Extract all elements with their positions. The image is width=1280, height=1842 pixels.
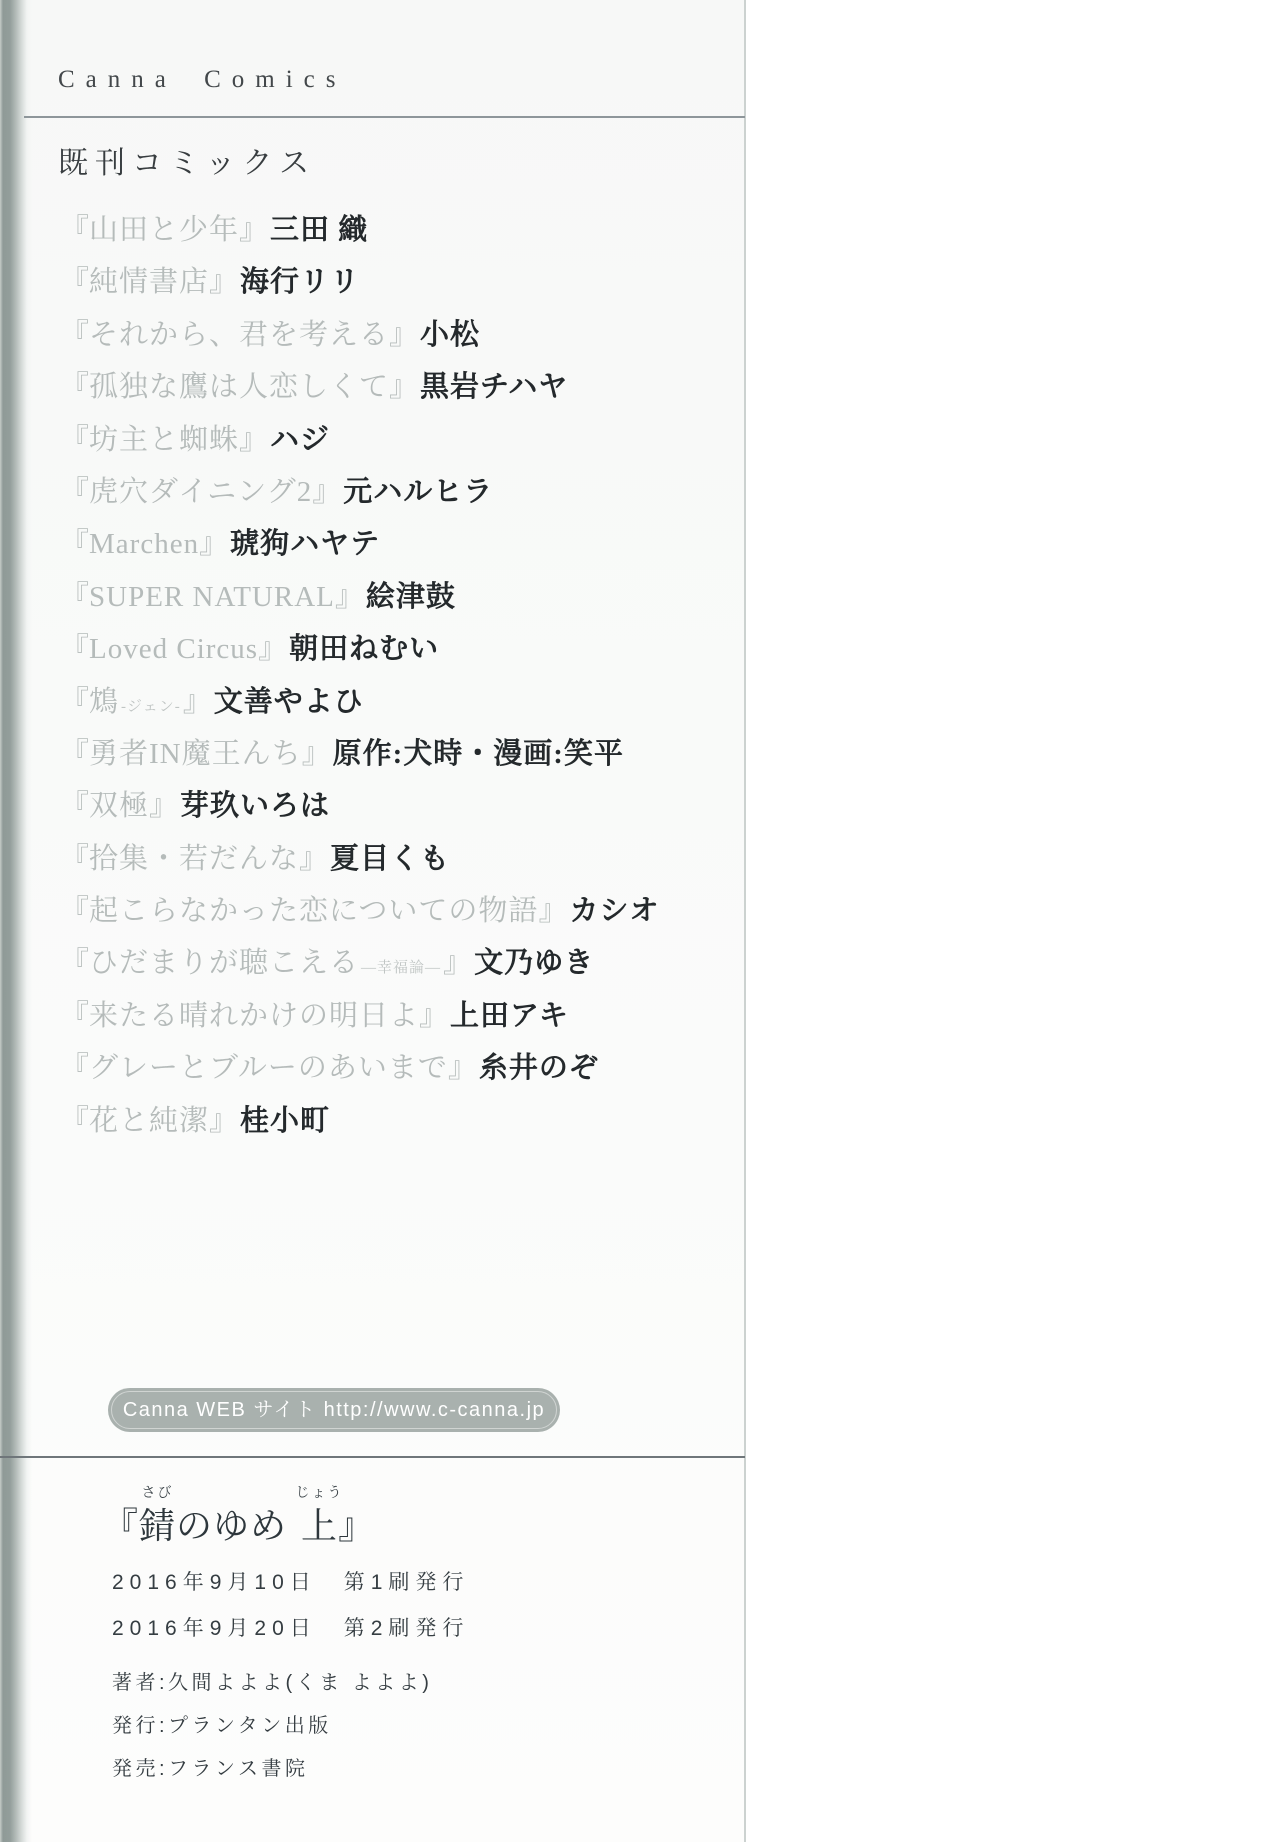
book-title: 『それから、君を考える』 — [60, 319, 418, 351]
book-list-item: 『坊主と蜘蛛』ハジ — [60, 414, 730, 466]
book-list: 『山田と少年』三田 織 『純情書店』海行リリ 『それから、君を考える』小松 『孤… — [60, 204, 730, 1147]
book-list-item: 『それから、君を考える』小松 — [60, 309, 730, 361]
book-author: 文乃ゆき — [474, 947, 594, 979]
furigana-sabi: さび — [142, 1482, 174, 1502]
title-open-bracket: 『 — [60, 476, 89, 508]
book-title-text: 双極 — [89, 790, 149, 822]
book-title-text: それから、君を考える — [89, 319, 389, 351]
book-spine-shadow — [0, 0, 32, 1842]
book-author: 黒岩チハヤ — [420, 371, 568, 403]
book-title-text: 孤独な鷹は人恋しくて — [89, 371, 389, 403]
book-title: 『来たる晴れかけの明日よ』 — [60, 1000, 448, 1032]
title-close-bracket: 』 — [209, 1105, 238, 1137]
book-list-item: 『花と純潔』桂小町 — [60, 1095, 730, 1147]
header-divider — [24, 116, 745, 118]
book-author: 原作:犬時・漫画:笑平 — [333, 738, 624, 770]
printing-line-second: 2016年9月20日 第2刷発行 — [112, 1606, 469, 1652]
book-list-item: 『Marchen』琥狗ハヤテ — [60, 518, 730, 570]
book-title: 『グレーとブルーのあいまで』 — [60, 1052, 477, 1084]
banner-label: Canna WEB サイト http://www.c-canna.jp — [123, 1399, 545, 1421]
book-title-text: 来たる晴れかけの明日よ — [89, 1000, 419, 1032]
book-list-item: 『勇者IN魔王んち』原作:犬時・漫画:笑平 — [60, 728, 730, 780]
book-title: 『SUPER NATURAL』 — [60, 581, 364, 613]
book-author: 糸井のぞ — [479, 1052, 599, 1084]
credit-publisher: 発行:プランタン出版 — [112, 1705, 432, 1748]
credit-author: 著者:久間よよよ(くま よよよ) — [112, 1662, 432, 1705]
title-open-bracket: 『 — [60, 843, 89, 875]
book-title-text: Loved Circus — [89, 633, 258, 665]
title-close-bracket: 』 — [389, 371, 418, 403]
book-list-item: 『拾集・若だんな』夏目くも — [60, 833, 730, 885]
book-author: 上田アキ — [450, 1000, 569, 1032]
book-title-text: 純情書店 — [89, 266, 209, 298]
title-open-bracket: 『 — [60, 895, 89, 927]
title-open-bracket: 『 — [60, 1105, 89, 1137]
book-list-item: 『孤独な鷹は人恋しくて』黒岩チハヤ — [60, 361, 730, 413]
book-list-item: 『グレーとブルーのあいまで』糸井のぞ — [60, 1042, 730, 1094]
book-title: 『純情書店』 — [60, 266, 238, 298]
colophon-title-kanji-sabi: 錆 — [139, 1505, 176, 1546]
book-list-item: 『Loved Circus』朝田ねむい — [60, 623, 730, 675]
title-open-bracket: 『 — [60, 686, 89, 718]
book-title-text: 虎穴ダイニング2 — [89, 476, 312, 508]
book-author: 絵津鼓 — [366, 581, 456, 613]
title-close-bracket: 』 — [199, 528, 228, 560]
title-close-bracket: 』 — [209, 266, 238, 298]
title-close-bracket: 』 — [389, 319, 418, 351]
book-author: ハジ — [270, 424, 330, 456]
colophon-close-bracket: 』 — [338, 1505, 375, 1546]
colophon-title-middle: のゆめ — [176, 1505, 287, 1546]
title-open-bracket: 『 — [60, 214, 89, 246]
title-open-bracket: 『 — [60, 1000, 89, 1032]
furigana-jou: じょう — [296, 1482, 344, 1502]
page-edge-line — [744, 0, 746, 1842]
book-title: 『Loved Circus』 — [60, 633, 287, 665]
title-close-bracket: 』 — [302, 738, 331, 770]
colophon-book-title: 『錆さびのゆめ上じょう』 — [102, 1478, 375, 1549]
book-title-text: 勇者IN魔王んち — [89, 738, 302, 770]
book-title-text: Marchen — [89, 528, 199, 560]
title-close-bracket: 』 — [443, 947, 472, 979]
book-list-item: 『山田と少年』三田 織 — [60, 204, 730, 256]
title-open-bracket: 『 — [60, 528, 89, 560]
book-title-text: 起こらなかった恋についての物語 — [89, 895, 538, 927]
book-title: 『起こらなかった恋についての物語』 — [60, 895, 567, 927]
book-title: 『鴆-ジェン-』 — [60, 686, 212, 718]
book-author: カシオ — [569, 895, 659, 927]
title-open-bracket: 『 — [60, 424, 89, 456]
printing-history: 2016年9月10日 第1刷発行 2016年9月20日 第2刷発行 — [112, 1560, 469, 1652]
book-list-item: 『鴆-ジェン-』文善やよひ — [60, 676, 730, 728]
colophon-title-kanji-jou: 上 — [301, 1505, 338, 1546]
title-close-bracket: 』 — [538, 895, 567, 927]
title-open-bracket: 『 — [60, 947, 89, 979]
book-title: 『山田と少年』 — [60, 214, 268, 246]
book-author: 文善やよひ — [214, 686, 364, 718]
book-title: 『孤独な鷹は人恋しくて』 — [60, 371, 418, 403]
book-author: 琥狗ハヤテ — [230, 528, 380, 560]
title-close-bracket: 』 — [183, 686, 212, 718]
book-author: 海行リリ — [240, 266, 360, 298]
book-author: 小松 — [420, 319, 480, 351]
scanned-page: Canna Comics 既刊コミックス 『山田と少年』三田 織 『純情書店』海… — [0, 0, 1280, 1842]
book-author: 夏目くも — [330, 843, 450, 875]
title-close-bracket: 』 — [419, 1000, 448, 1032]
title-close-bracket: 』 — [239, 424, 268, 456]
book-author: 芽玖いろは — [180, 790, 330, 822]
title-close-bracket: 』 — [258, 633, 287, 665]
book-title-text: 拾集・若だんな — [89, 843, 299, 875]
title-open-bracket: 『 — [60, 581, 89, 613]
book-list-item: 『双極』芽玖いろは — [60, 780, 730, 832]
printing-line-first: 2016年9月10日 第1刷発行 — [112, 1560, 469, 1606]
book-title: 『虎穴ダイニング2』 — [60, 476, 341, 508]
title-close-bracket: 』 — [448, 1052, 477, 1084]
book-title: 『双極』 — [60, 790, 178, 822]
book-list-item: 『SUPER NATURAL』絵津鼓 — [60, 571, 730, 623]
book-title: 『Marchen』 — [60, 528, 228, 560]
book-list-item: 『起こらなかった恋についての物語』カシオ — [60, 885, 730, 937]
title-close-bracket: 』 — [335, 581, 364, 613]
list-heading: 既刊コミックス — [58, 138, 316, 182]
book-author: 桂小町 — [240, 1105, 330, 1137]
title-open-bracket: 『 — [60, 319, 89, 351]
title-open-bracket: 『 — [60, 790, 89, 822]
book-list-item: 『純情書店』海行リリ — [60, 256, 730, 308]
book-title-text: SUPER NATURAL — [89, 581, 335, 613]
title-open-bracket: 『 — [60, 633, 89, 665]
book-title-text: ひだまりが聴こえる — [89, 947, 359, 979]
book-title-text: グレーとブルーのあいまで — [89, 1052, 448, 1084]
colophon-divider — [0, 1456, 745, 1458]
title-close-bracket: 』 — [299, 843, 328, 875]
book-title-text: 鴆 — [89, 686, 119, 718]
book-author: 朝田ねむい — [289, 633, 439, 665]
book-title: 『拾集・若だんな』 — [60, 843, 328, 875]
title-close-bracket: 』 — [312, 476, 341, 508]
book-list-item: 『虎穴ダイニング2』元ハルヒラ — [60, 466, 730, 518]
book-title-note: -ジェン- — [121, 699, 181, 715]
credit-distributor: 発売:フランス書院 — [112, 1748, 432, 1791]
title-open-bracket: 『 — [60, 266, 89, 298]
book-author: 三田 織 — [270, 214, 368, 246]
title-open-bracket: 『 — [60, 371, 89, 403]
book-title-text: 山田と少年 — [89, 214, 239, 246]
book-title-text: 坊主と蜘蛛 — [89, 424, 239, 456]
book-title-note: ―幸福論― — [361, 960, 441, 976]
book-title: 『坊主と蜘蛛』 — [60, 424, 268, 456]
book-title-text: 花と純潔 — [89, 1105, 209, 1137]
book-list-item: 『ひだまりが聴こえる―幸福論―』文乃ゆき — [60, 937, 730, 989]
colophon-open-bracket: 『 — [102, 1505, 139, 1546]
canna-web-banner: Canna WEB サイト http://www.c-canna.jp — [108, 1388, 560, 1432]
book-title: 『勇者IN魔王んち』 — [60, 738, 331, 770]
title-open-bracket: 『 — [60, 738, 89, 770]
book-author: 元ハルヒラ — [343, 476, 493, 508]
title-close-bracket: 』 — [149, 790, 178, 822]
publication-credits: 著者:久間よよよ(くま よよよ) 発行:プランタン出版 発売:フランス書院 — [112, 1662, 432, 1791]
title-close-bracket: 』 — [239, 214, 268, 246]
book-title: 『ひだまりが聴こえる―幸福論―』 — [60, 947, 472, 979]
brand-logo-text: Canna Comics — [58, 66, 347, 94]
title-open-bracket: 『 — [60, 1052, 89, 1084]
book-list-item: 『来たる晴れかけの明日よ』上田アキ — [60, 990, 730, 1042]
book-title: 『花と純潔』 — [60, 1105, 238, 1137]
